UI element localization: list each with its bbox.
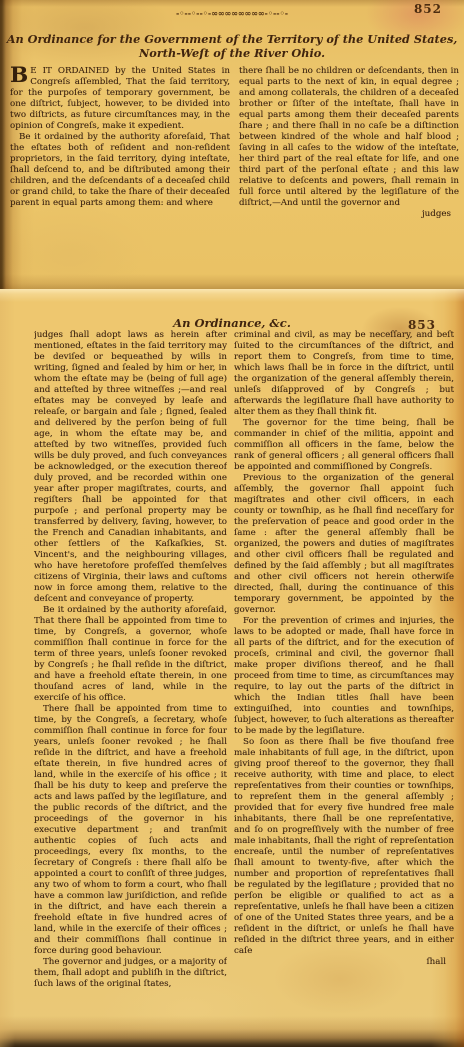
paragraph-crimes-injuries: For the prevention of crimes and injurie…: [234, 616, 454, 737]
two-column-text-853: judges ſhall adopt laws as herein after …: [34, 330, 454, 1047]
paragraph-representatives: So ſoon as there ſhall be five thouſand …: [234, 737, 454, 957]
paragraph-wills: judges ſhall adopt laws as herein after …: [34, 330, 227, 605]
two-column-text-852: BE IT ORDAINED by the United States in C…: [10, 66, 459, 289]
scanned-document: 852 -◦--◦--◦-∞∞∞∞∞∞∞∞-◦--◦- An Ordinance…: [0, 0, 464, 1047]
right-column-852: there ſhall be no children or deſcendant…: [239, 66, 459, 289]
catchword-judges: judges: [239, 209, 459, 220]
left-column-853: judges ſhall adopt laws as herein after …: [34, 330, 227, 1047]
chain-ornament-divider: -◦--◦--◦-∞∞∞∞∞∞∞∞-◦--◦-: [0, 9, 464, 18]
left-column-852: BE IT ORDAINED by the United States in C…: [10, 66, 230, 289]
ordinance-title: An Ordinance for the Government of the T…: [6, 33, 458, 60]
page-853: An Ordinance, &c. 853 judges ſhall adopt…: [0, 289, 464, 1047]
paragraph-estates: Be it ordained by the authority aforeſai…: [10, 132, 230, 209]
paragraph-descendants: there ſhall be no children or deſcendant…: [239, 66, 459, 209]
paragraph-secretary: There ſhall be appointed from time to ti…: [34, 704, 227, 957]
paragraph-text: E IT ORDAINED by the United States in Co…: [10, 66, 230, 131]
paragraph-criminal-civil: criminal and civil, as may be neceſſary,…: [234, 330, 454, 418]
paragraph-ordained: BE IT ORDAINED by the United States in C…: [10, 66, 230, 132]
running-head-title: An Ordinance, &c.: [0, 316, 464, 330]
page-852: 852 -◦--◦--◦-∞∞∞∞∞∞∞∞-◦--◦- An Ordinance…: [0, 0, 464, 289]
paragraph-commander-in-chief: The governor for the time being, ſhall b…: [234, 418, 454, 473]
paragraph-magistrates: Previous to the organization of the gene…: [234, 473, 454, 616]
paragraph-governor-appointed: Be it ordained by the authority aforeſai…: [34, 605, 227, 704]
drop-cap-B: B: [10, 66, 30, 85]
catchword-shall: ſhall: [234, 957, 454, 968]
paragraph-adopt-laws: The governor and judges, or a majority o…: [34, 957, 227, 990]
right-column-853: criminal and civil, as may be neceſſary,…: [234, 330, 454, 1047]
